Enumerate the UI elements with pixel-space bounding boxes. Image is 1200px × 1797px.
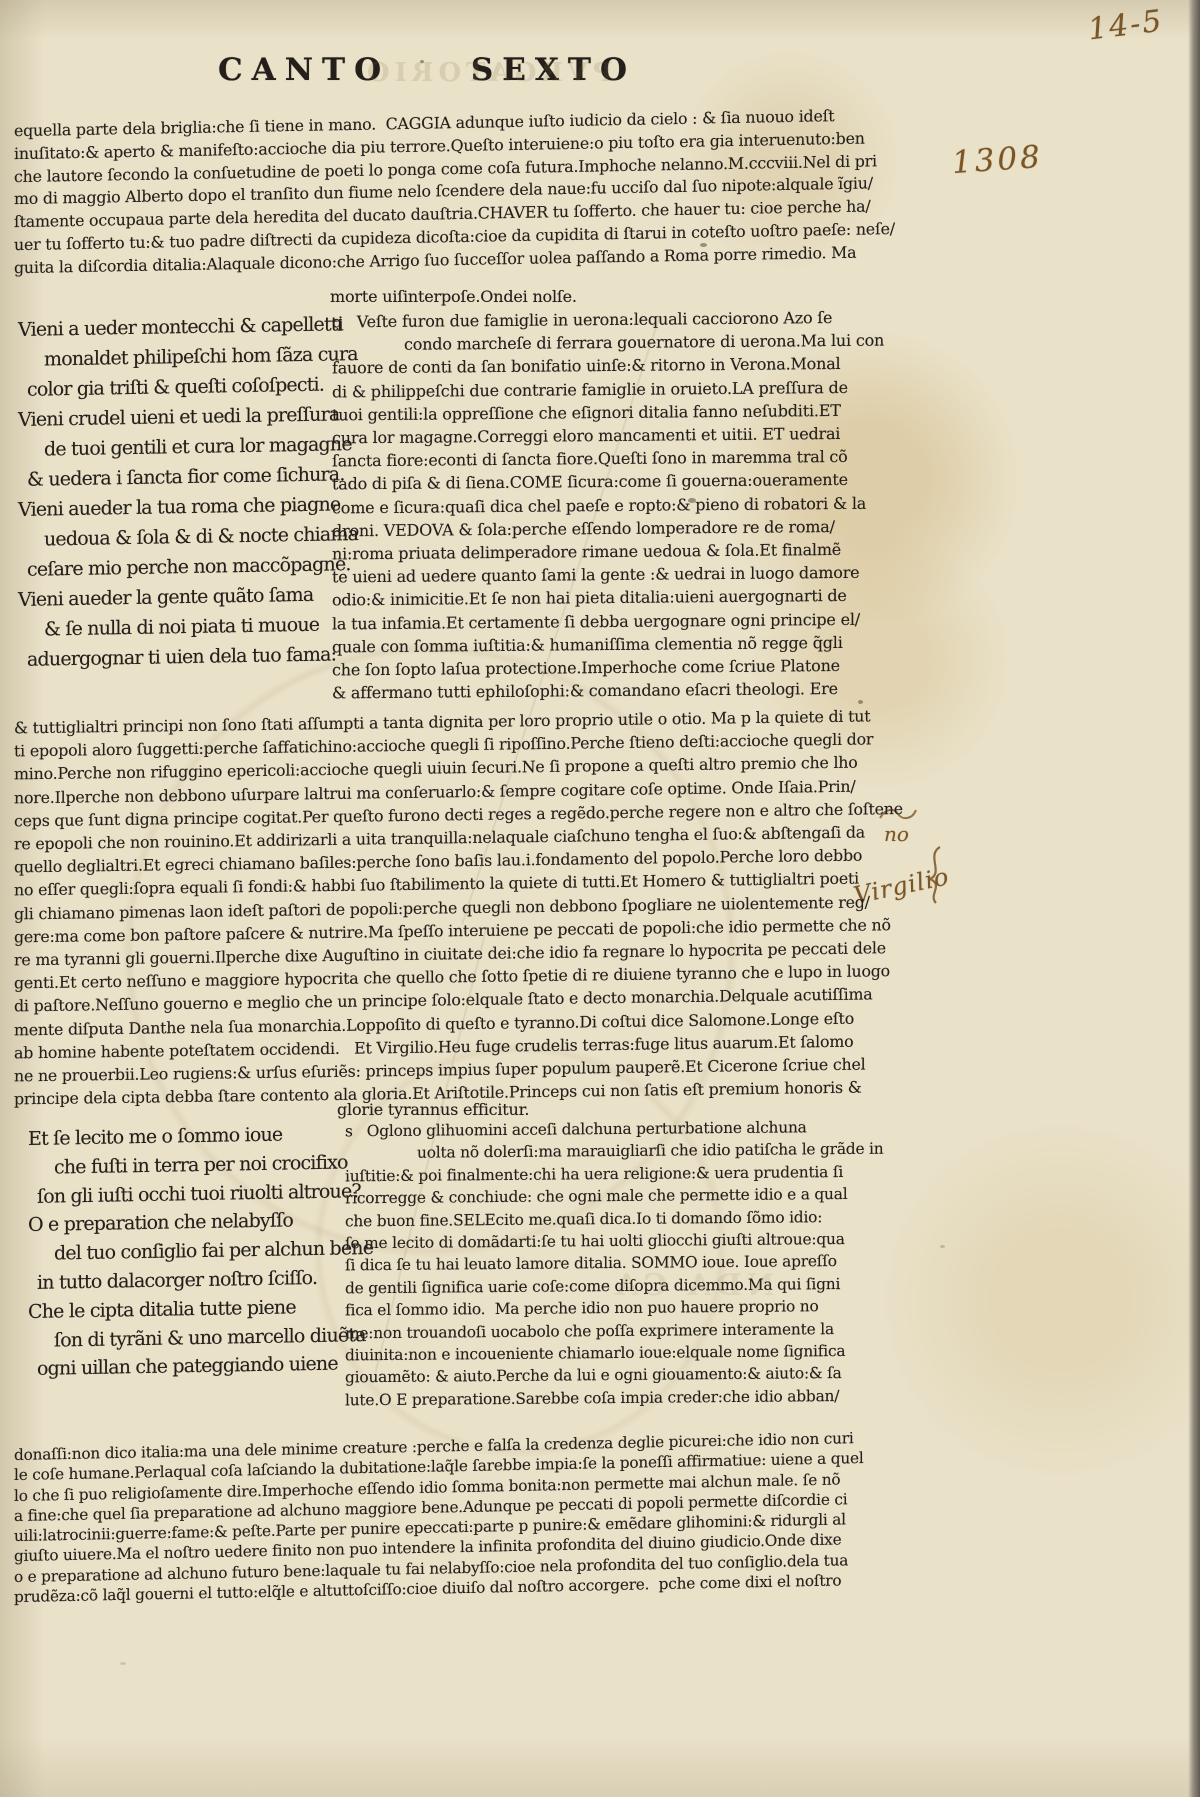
text-line: & affermano tutti ephiloſophi:& comandan… (332, 677, 884, 705)
page-edge-shadow (1188, 0, 1200, 1797)
mid-commentary-block: & tuttiglialtri principi non ſono ſtati … (14, 704, 903, 1111)
mid-centered-line: glorie tyrannus efficitur. (337, 1100, 529, 1119)
text-line: aduergognar ti uien dela tuo fama: (27, 639, 358, 675)
book-page-scan: CANTO SEXTO PVRGATORIO NDA CA 14-5 1308 … (0, 0, 1200, 1797)
ink-speck (700, 243, 707, 247)
commentary-column-2: s Oglono glihuomini acceſi dalchuna pert… (345, 1116, 884, 1412)
ink-speck (688, 498, 696, 503)
handwritten-year-note: 1308 (951, 139, 1044, 181)
ink-speck (120, 1662, 126, 1665)
intro-centered-line: morte uiſinterpoſe.Ondei nolſe. (330, 287, 577, 306)
text-line: ogni uillan che pateggiando uiene (37, 1349, 373, 1384)
handwritten-folio-number: 14-5 (1086, 4, 1165, 48)
bottom-commentary-block: donaſſi:non dico italia:ma una dele mini… (14, 1428, 864, 1607)
intro-commentary-block: equella parte dela briglia:che ſi tiene … (14, 104, 895, 280)
text-line: lute.O E preparatione.Sarebbe coſa impia… (345, 1385, 884, 1412)
showthrough-text: PVRGATORIO (362, 58, 613, 88)
commentary-column-1: q Veſte furon due famiglie in uerona:leq… (332, 306, 884, 705)
verse-column-2: Et ſe lecito me o ſommo ioueche fuſti in… (28, 1119, 373, 1384)
text-line: del tuo conſiglio fai per alchun bene (54, 1234, 373, 1268)
ink-speck (858, 700, 863, 704)
ink-speck (420, 60, 424, 63)
ink-speck (940, 1245, 945, 1248)
verse-column-1: Vieni a ueder montecchi & capellettimona… (18, 309, 358, 675)
